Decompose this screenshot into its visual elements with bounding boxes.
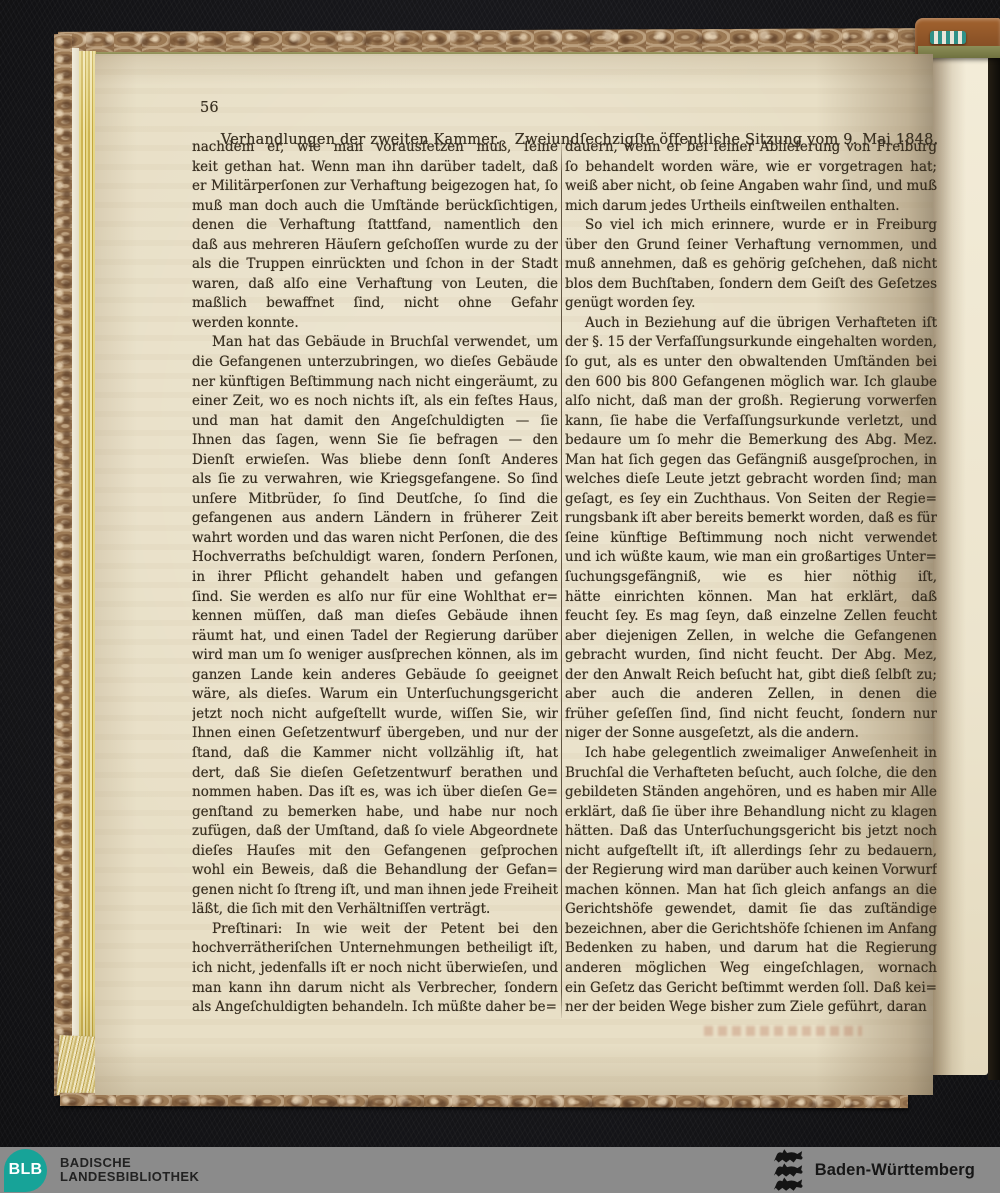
text-line: werden konnte. <box>192 314 558 334</box>
text-line: genügt worden ſey. <box>565 294 937 314</box>
text-line: kann, ſie habe die Verfaſſungsurkunde ve… <box>565 412 937 432</box>
text-line: unſere Mitbrüder, ſo ſind Deutſche, ſo ſ… <box>192 490 558 510</box>
footer-bar: BLB BADISCHE LANDESBIBLIOTHEK Baden-Würt… <box>0 1147 1000 1193</box>
text-line: ſuchungsgefängniß, wie es hier nöthig iſ… <box>565 568 937 588</box>
text-line: wahrt worden und das waren nicht Perſone… <box>192 529 558 549</box>
text-line: und ich wüßte kaum, wie man ein großarti… <box>565 548 937 568</box>
text-line: ſind. Sie werden es alſo nur für eine Wo… <box>192 588 558 608</box>
text-line: dert, daß Sie dieſen Geſetzentwurf berat… <box>192 764 558 784</box>
text-line: über den Grund ſeiner Verhaftung vernomm… <box>565 236 937 256</box>
endband-icon <box>930 31 966 44</box>
text-line: räumt hat, und einen Tadel der Regierung… <box>192 627 558 647</box>
text-line: Gerichtshöfe gewendet, damit ſie das zuſ… <box>565 900 937 920</box>
page-fore-edge <box>79 51 96 1093</box>
text-line: ich nicht, jedenfalls iſt er noch nicht … <box>192 959 558 979</box>
text-line: aber auch die anderen Zellen, in denen d… <box>565 685 937 705</box>
paragraph: Man hat das Gebäude in Bruchſal verwende… <box>192 333 558 919</box>
text-line: ſo gut, als es unter den obwaltenden Umſ… <box>565 353 937 373</box>
text-line: als ſie zu verwahren, wie Kriegsgefangen… <box>192 470 558 490</box>
text-line: der den Anwalt Reich beſucht hat, gibt d… <box>565 666 937 686</box>
text-line: Ich habe gelegentlich zweimaliger Anweſe… <box>565 744 937 764</box>
text-line: So viel ich mich erinnere, wurde er in F… <box>565 216 937 236</box>
text-line: ein Geſetz das Gericht beſtimmt werden ſ… <box>565 979 937 999</box>
text-line: jetzt noch nicht aufgeſtellt wurde, wiſſ… <box>192 705 558 725</box>
text-line: erklärt, daß ſie über ihre Behandlung ni… <box>565 803 937 823</box>
blb-logo: BLB <box>4 1149 47 1192</box>
text-line: zufügen, daß der Umſtand, daß ſo viele A… <box>192 822 558 842</box>
text-line: die Gefangenen unterzubringen, wo dieſes… <box>192 353 558 373</box>
right-column: dauern, wenn er bei ſeiner Ablieferung v… <box>565 138 937 1018</box>
text-line: keit gethan hat. Wenn man ihn darüber ta… <box>192 158 558 178</box>
text-line: ſeine künftige Beſtimmung noch nicht ver… <box>565 529 937 549</box>
page-number: 56 <box>200 100 219 116</box>
text-line: wohl ein Beweis, daß die Behandlung der … <box>192 861 558 881</box>
text-line: Hochverraths beſchuldigt waren, ſondern … <box>192 548 558 568</box>
text-line: aber diejenigen Zellen, in welche die Ge… <box>565 627 937 647</box>
text-line: mich darum jedes Urtheils einſtweilen en… <box>565 197 937 217</box>
text-line: Dienſt erwieſen. Was bliebe denn ſonſt A… <box>192 451 558 471</box>
text-line: welches dieſe Leute jetzt gebracht worde… <box>565 470 937 490</box>
text-line: machen können. Man hat ſich gleich anfan… <box>565 881 937 901</box>
text-line: Ihnen das ſagen, wenn Sie ſie befragen —… <box>192 431 558 451</box>
text-line: niger der Sonne ausgeſetzt, als die ande… <box>565 724 937 744</box>
text-line: hätten. Daß das Unterſuchungsgericht bis… <box>565 822 937 842</box>
text-line: ſo behandelt worden wäre, wie er vorgetr… <box>565 158 937 178</box>
text-line: bezeichnen, aber die Gerichtshöfe ſchien… <box>565 920 937 940</box>
state-wordmark: Baden-Württemberg <box>815 1161 975 1180</box>
text-line: wäre, als dieſes. Warum ein Unterſuchung… <box>192 685 558 705</box>
text-line: bedaure um ſo mehr die Bemerkung des Abg… <box>565 431 937 451</box>
text-line: blos dem Buchſtaben, ſondern dem Geiſt d… <box>565 275 937 295</box>
scanned-page: 56 Verhandlungen der zweiten Kammer. Zwe… <box>95 54 933 1095</box>
text-line: läßt, die ſich mit den Verhältniſſen ver… <box>192 900 558 920</box>
text-line: anderen möglichen Weg eingeſchlagen, wor… <box>565 959 937 979</box>
paragraph: dauern, wenn er bei ſeiner Ablieferung v… <box>565 138 937 216</box>
text-line: nommen haben. Das iſt es, was ich über d… <box>192 783 558 803</box>
text-line: als die Truppen einrückten und ſchon in … <box>192 255 558 275</box>
library-name-line1: BADISCHE <box>60 1156 199 1171</box>
text-line: er Militärperſonen zur Verhaftung beigez… <box>192 177 558 197</box>
text-line: geſagt, es ſey ein Zuchthaus. Von Seiten… <box>565 490 937 510</box>
text-line: ganzen Lande kein anderes Gebäude ſo gee… <box>192 666 558 686</box>
text-line: und man hat damit den Angeſchuldigten — … <box>192 412 558 432</box>
text-line: kennen müſſen, daß man dieſes Gebäude ih… <box>192 607 558 627</box>
ink-show-through <box>704 1026 862 1036</box>
book-left-board-edge <box>54 34 72 1096</box>
text-line: daß aus mehreren Häuſern geſchoſſen wurd… <box>192 236 558 256</box>
text-line: maßlich bewaffnet ſind, nicht ohne Gefah… <box>192 294 558 314</box>
text-line: rungsbank iſt aber bereits bemerkt worde… <box>565 509 937 529</box>
text-line: Man hat das Gebäude in Bruchſal verwende… <box>192 333 558 353</box>
book-bottom-board-edge <box>60 1093 908 1108</box>
paragraph: Preſtinari: In wie weit der Petent bei d… <box>192 920 558 1018</box>
text-line: genſtand zu bemerken habe, und habe nur … <box>192 803 558 823</box>
paragraph: So viel ich mich erinnere, wurde er in F… <box>565 216 937 314</box>
text-line: ner künftigen Beſtimmung nach nicht eing… <box>192 373 558 393</box>
text-line: der §. 15 der Verfaſſungsurkunde eingeha… <box>565 333 937 353</box>
text-line: genen nicht ſo ſtreng iſt, und man ihnen… <box>192 881 558 901</box>
text-line: gefangenen aus andern Ländern in frühere… <box>192 509 558 529</box>
text-line: nicht aufgeſtellt iſt, iſt allerdings ſe… <box>565 842 937 862</box>
blb-logo-text: BLB <box>9 1161 43 1179</box>
text-line: Bedenken zu haben, und darum hat die Reg… <box>565 939 937 959</box>
text-line: gebildeten Ständen angehören, und es hab… <box>565 783 937 803</box>
text-line: ſtand, daß die Kammer nicht vollzählig i… <box>192 744 558 764</box>
text-line: muß annehmen, daß es gehörig geſchehen, … <box>565 255 937 275</box>
library-name: BADISCHE LANDESBIBLIOTHEK <box>60 1156 199 1185</box>
text-line: Auch in Beziehung auf die übrigen Verhaf… <box>565 314 937 334</box>
bw-coat-of-arms-icon <box>772 1148 804 1192</box>
text-columns: nachdem er, wie man vorausſetzen muß, ſe… <box>192 138 937 1018</box>
text-line: den 600 bis 800 Gefangenen möglich war. … <box>565 373 937 393</box>
text-line: einer Zeit, wo es noch nichts iſt, als e… <box>192 392 558 412</box>
column-divider <box>561 138 562 1018</box>
text-line: dieſes Hauſes mit den Gefangenen geſproc… <box>192 842 558 862</box>
text-line: waren, daß alſo eine Verhaftung von Leut… <box>192 275 558 295</box>
endpaper-edge <box>72 48 79 1095</box>
paragraph: Ich habe gelegentlich zweimaliger Anweſe… <box>565 744 937 1018</box>
text-line: wird man um ſo weniger ausſprechen könne… <box>192 646 558 666</box>
library-name-line2: LANDESBIBLIOTHEK <box>60 1170 199 1185</box>
paragraph: Auch in Beziehung auf die übrigen Verhaf… <box>565 314 937 744</box>
text-line: gebracht wurden, ſind nicht feucht. Der … <box>565 646 937 666</box>
state-branding: Baden-Württemberg <box>772 1148 975 1192</box>
text-line: Ihnen einen Geſetzentwurf übergeben, und… <box>192 724 558 744</box>
text-line: dauern, wenn er bei ſeiner Ablieferung v… <box>565 138 937 158</box>
text-line: alſo nicht, daß man der großh. Regierung… <box>565 392 937 412</box>
text-line: der Regierung wird man darüber auch kein… <box>565 861 937 881</box>
text-line: feucht ſey. Es mag ſeyn, daß einzelne Ze… <box>565 607 937 627</box>
text-line: denen die Verhaftung ſtattfand, namentli… <box>192 216 558 236</box>
scan-viewport: 56 Verhandlungen der zweiten Kammer. Zwe… <box>0 0 1000 1193</box>
text-line: ner der beiden Wege bisher zum Ziele gef… <box>565 998 937 1018</box>
book-shadow-edge <box>988 40 1000 1080</box>
text-line: man kann ihn darum nicht als Verbrecher,… <box>192 979 558 999</box>
text-line: hätte einrichten können. Man hat erklärt… <box>565 588 937 608</box>
text-line: weiß aber nicht, ob ſeine Angaben wahr ſ… <box>565 177 937 197</box>
text-line: nachdem er, wie man vorausſetzen muß, ſe… <box>192 138 558 158</box>
text-line: als Angeſchuldigten behandeln. Ich müßte… <box>192 998 558 1018</box>
adjacent-page <box>933 54 988 1075</box>
text-line: früher geſeſſen ſind, ſind nicht feucht,… <box>565 705 937 725</box>
paragraph: nachdem er, wie man vorausſetzen muß, ſe… <box>192 138 558 333</box>
text-line: hochverrätheriſchen Unternehmungen bethe… <box>192 939 558 959</box>
text-line: Man hat ſich gegen das Gefängniß ausgeſp… <box>565 451 937 471</box>
text-line: Preſtinari: In wie weit der Petent bei d… <box>192 920 558 940</box>
text-line: in ihrer Pflicht gehandelt haben und gef… <box>192 568 558 588</box>
text-line: muß man doch auch die Umſtände berückſic… <box>192 197 558 217</box>
left-column: nachdem er, wie man vorausſetzen muß, ſe… <box>192 138 558 1018</box>
text-line: Bruchſal die Verhafteten beſucht, auch ſ… <box>565 764 937 784</box>
